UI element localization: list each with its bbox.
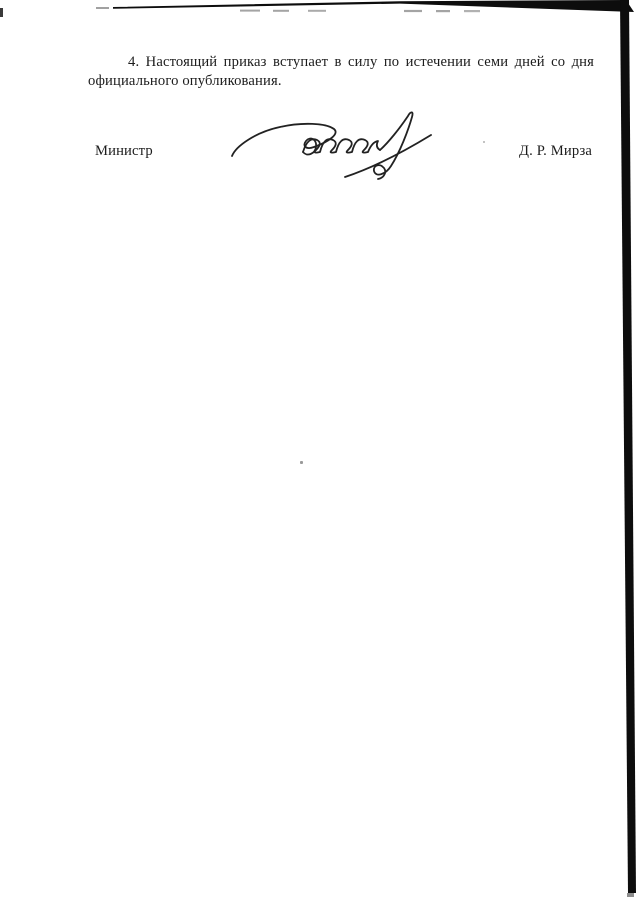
order-paragraph-line: официального опубликования. — [88, 72, 594, 91]
scan-top-fragment — [308, 10, 326, 12]
order-paragraph-line: 4. Настоящий приказ вступает в силу по и… — [88, 53, 594, 72]
scan-speck — [483, 141, 485, 143]
signer-title: Министр — [95, 142, 153, 160]
scan-top-edge-line — [113, 0, 634, 12]
scan-top-dash — [96, 7, 109, 9]
scan-top-fragment — [240, 10, 260, 12]
signer-name: Д. Р. Мирза — [519, 142, 592, 160]
order-paragraph: 4. Настоящий приказ вступает в силу по и… — [88, 53, 594, 91]
scan-left-edge-mark — [0, 8, 3, 17]
scan-speck — [300, 461, 303, 464]
scanned-document-page: 4. Настоящий приказ вступает в силу по и… — [0, 0, 640, 905]
scan-top-fragment — [404, 10, 422, 12]
scan-top-fragment — [464, 10, 480, 12]
scan-top-fragment — [436, 10, 450, 12]
signature-icon — [228, 108, 438, 196]
scan-right-edge-line — [620, 0, 636, 893]
scan-right-edge-tip — [627, 893, 634, 897]
scan-top-fragment — [273, 10, 289, 12]
